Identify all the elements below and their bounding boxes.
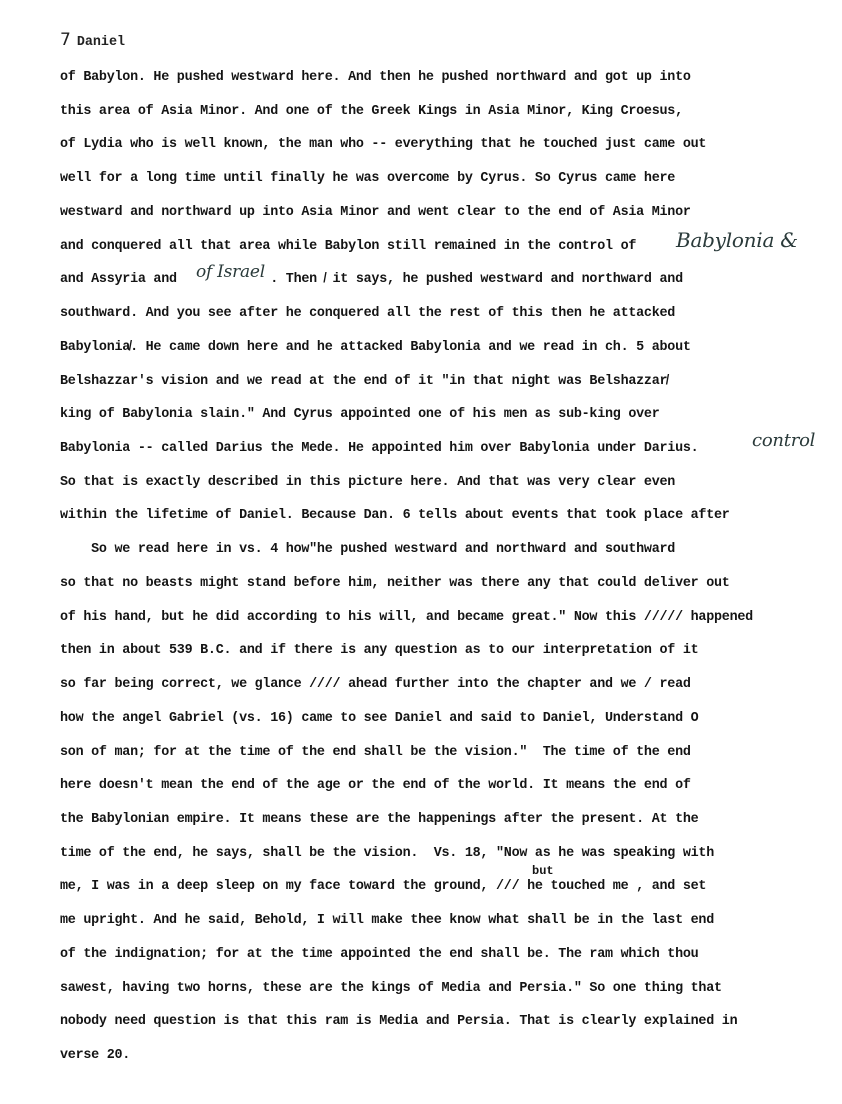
text-line: southward. And you see after he conquere…: [60, 306, 675, 321]
text-line: of his hand, but he did according to his…: [60, 610, 753, 625]
text-line: nobody need question is that this ram is…: [60, 1014, 737, 1029]
text-line: within the lifetime of Daniel. Because D…: [60, 508, 730, 523]
text-line: Babylonia -- called Darius the Mede. He …: [60, 441, 698, 456]
text-line: well for a long time until finally he wa…: [60, 171, 675, 186]
text-line: So that is exactly described in this pic…: [60, 475, 675, 490]
handwritten-annotation-babylonia: Babylonia &: [676, 228, 798, 252]
text-line: then in about 539 B.C. and if there is a…: [60, 643, 698, 658]
text-line: westward and northward up into Asia Mino…: [60, 205, 691, 220]
text-line: the Babylonian empire. It means these ar…: [60, 812, 698, 827]
text-line: of Lydia who is well known, the man who …: [60, 137, 706, 152]
text-line: sawest, having two horns, these are the …: [60, 981, 722, 996]
handwritten-page-number: 7: [60, 30, 71, 50]
text-line: so far being correct, we glance //// ahe…: [60, 677, 691, 692]
text-line: son of man; for at the time of the end s…: [60, 745, 691, 760]
text-line: so that no beasts might stand before him…: [60, 576, 730, 591]
text-line: king of Babylonia slain." And Cyrus appo…: [60, 407, 660, 422]
text-line: of Babylon. He pushed westward here. And…: [60, 70, 691, 85]
text-line: of the indignation; for at the time appo…: [60, 947, 698, 962]
text-line: So we read here in vs. 4 how"he pushed w…: [60, 542, 675, 557]
text-line: Babylonia̸. He came down here and he att…: [60, 340, 691, 355]
text-line: this area of Asia Minor. And one of the …: [60, 104, 683, 119]
text-line: me upright. And he said, Behold, I will …: [60, 913, 714, 928]
text-line: me, I was in a deep sleep on my face tow…: [60, 879, 706, 894]
text-line: here doesn't mean the end of the age or …: [60, 778, 691, 793]
typed-insertion-but: but: [532, 864, 554, 878]
text-line: and conquered all that area while Babylo…: [60, 239, 636, 254]
text-line: time of the end, he says, shall be the v…: [60, 846, 714, 861]
text-line: and Assyria and . Then ̸ it says, he pus…: [60, 272, 683, 287]
text-line: Belshazzar's vision and we read at the e…: [60, 374, 667, 389]
typed-document-page: 7Daniel of Babylon. He pushed westward h…: [0, 0, 842, 1104]
page-header: 7Daniel: [60, 30, 125, 50]
text-line: how the angel Gabriel (vs. 16) came to s…: [60, 711, 698, 726]
handwritten-annotation-control: control: [752, 430, 815, 451]
running-title: Daniel: [77, 35, 125, 50]
text-line: verse 20.: [60, 1048, 130, 1063]
handwritten-annotation-israel: of Israel: [196, 262, 265, 282]
